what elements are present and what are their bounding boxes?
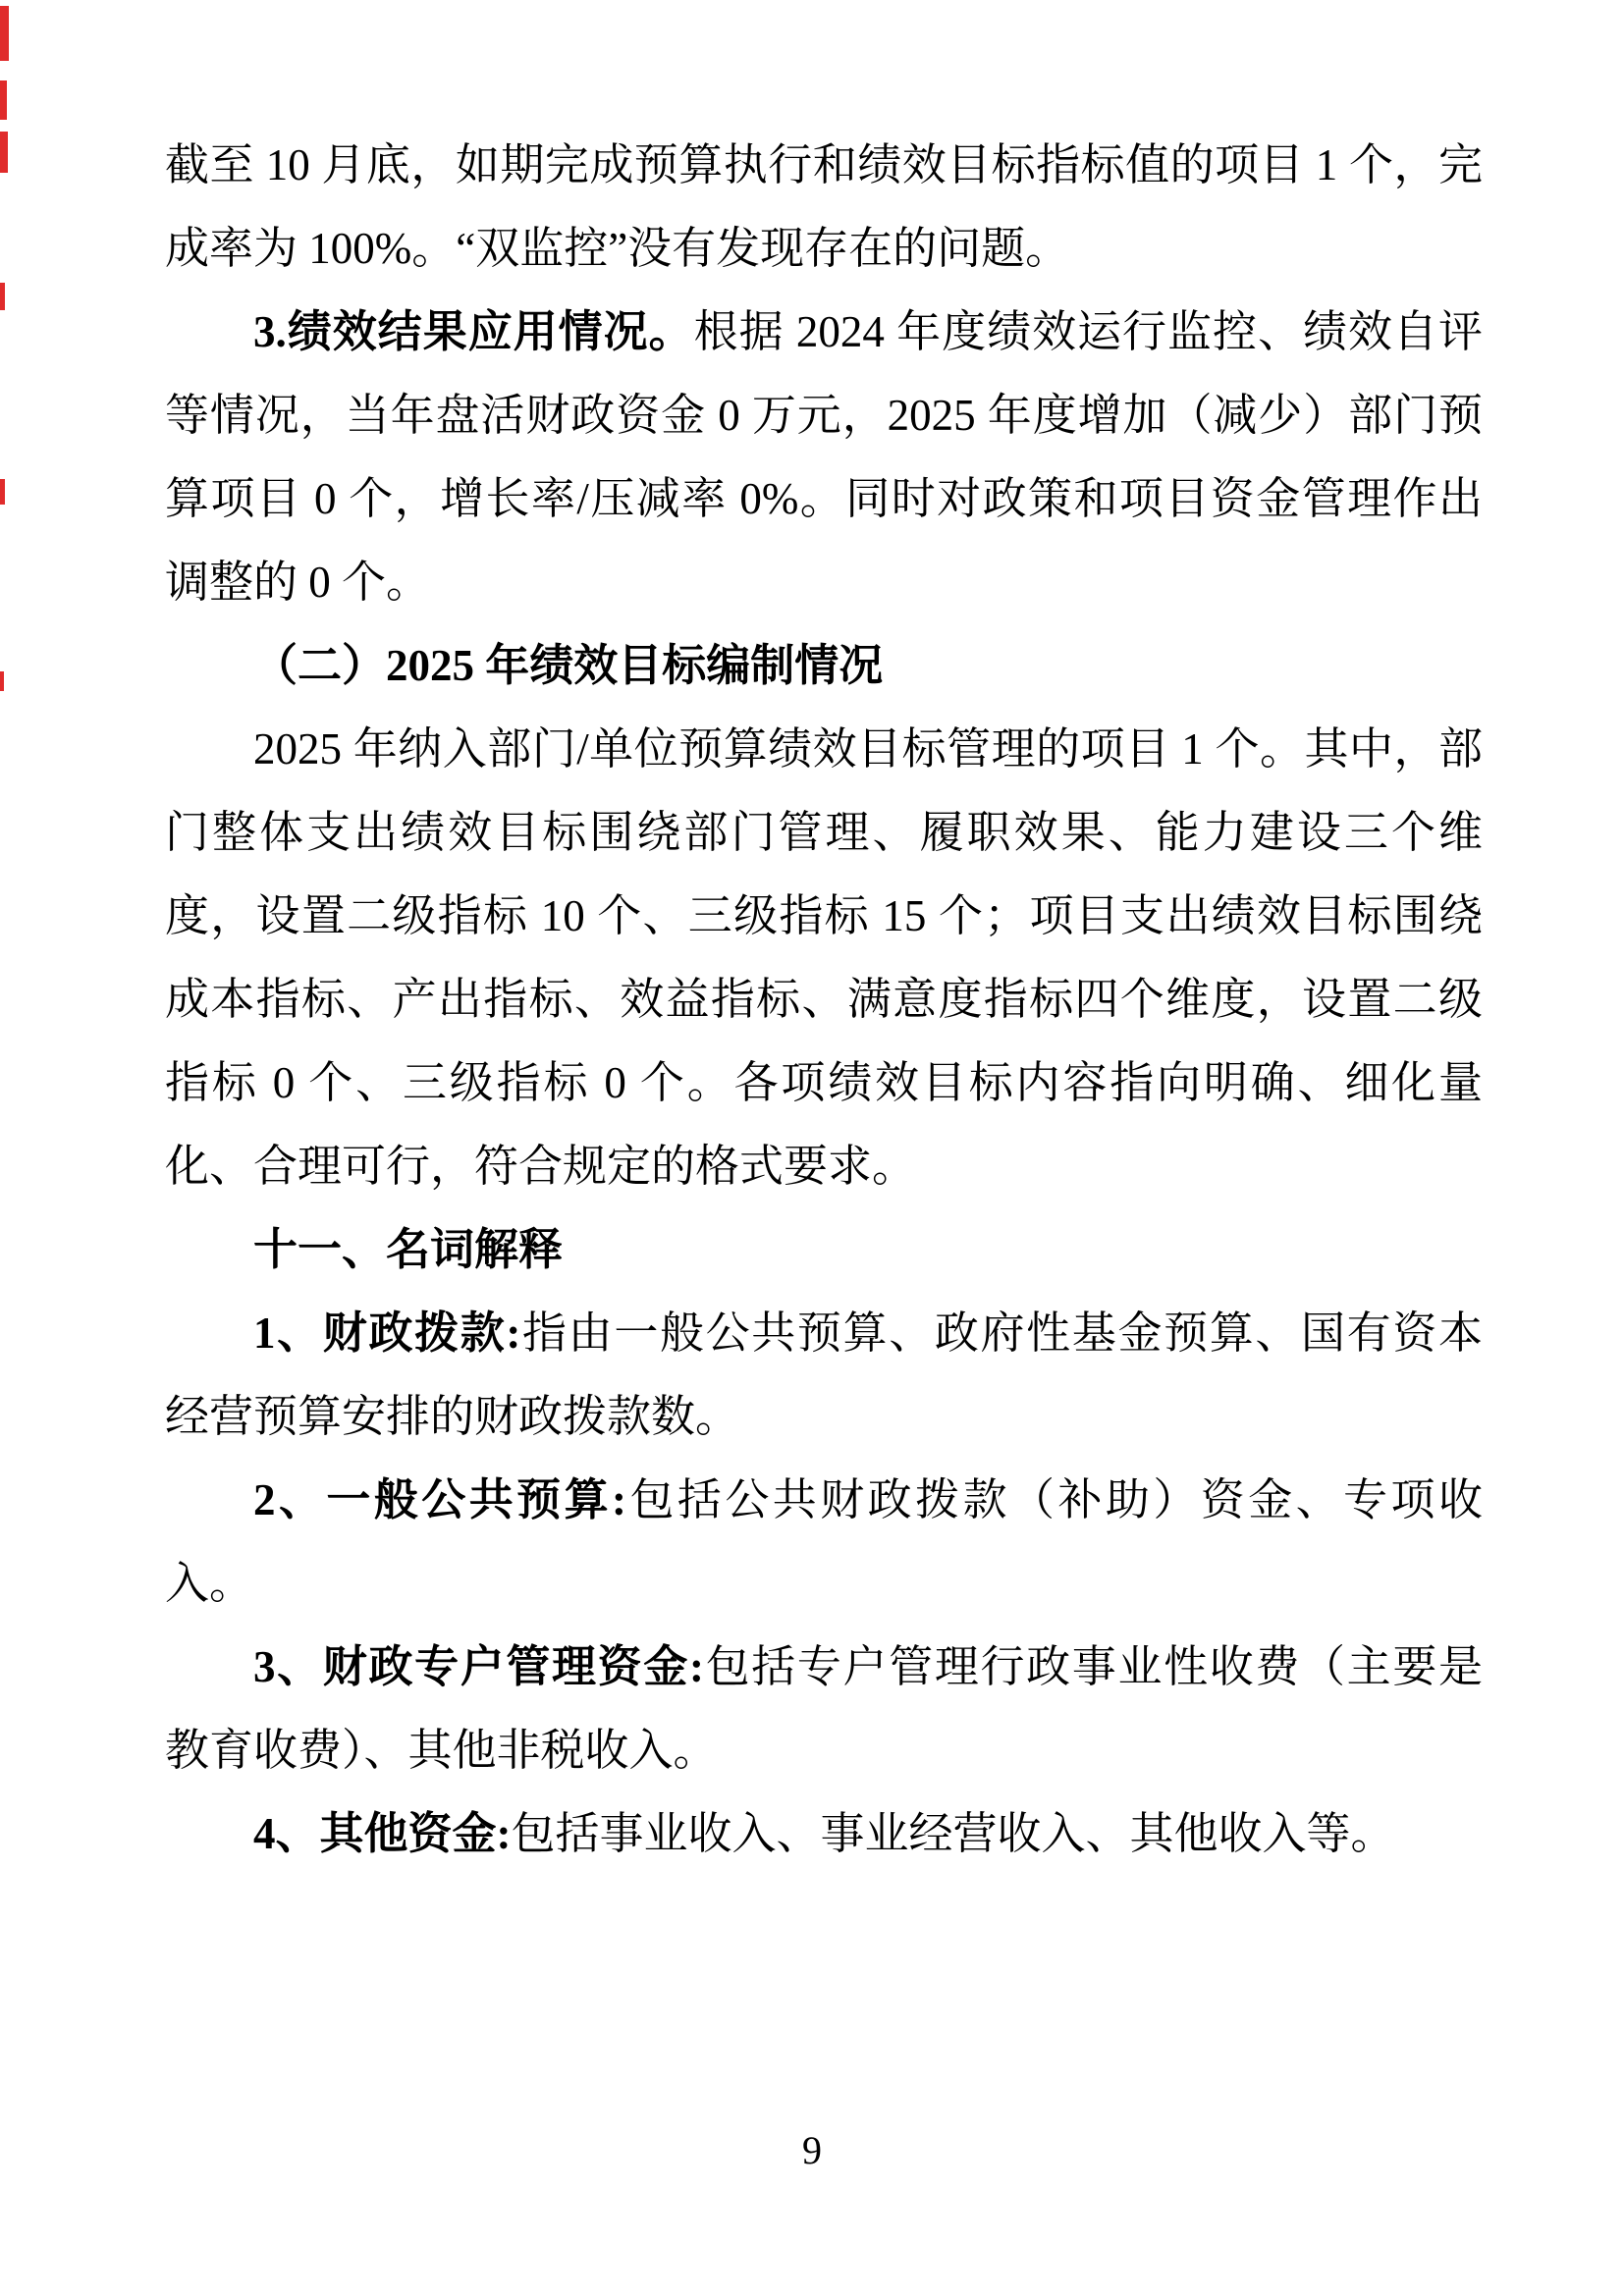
glossary-item-fiscal-appropriation: 1、财政拨款:指由一般公共预算、政府性基金预算、国有资本经营预算安排的财政拨款数… [165, 1292, 1483, 1459]
red-edge-artifact [0, 80, 7, 120]
glossary-definition: 包括事业收入、事业经营收入、其他收入等。 [512, 1809, 1395, 1858]
page-number: 9 [0, 2131, 1624, 2170]
section-heading-glossary: 十一、名词解释 [165, 1208, 1483, 1292]
glossary-item-general-public-budget: 2、一般公共预算:包括公共财政拨款（补助）资金、专项收入。 [165, 1459, 1483, 1626]
red-edge-artifact [0, 479, 5, 505]
red-edge-artifact [0, 132, 8, 173]
heading-text: 十一、名词解释 [253, 1225, 563, 1274]
red-edge-artifact [0, 6, 9, 61]
red-edge-artifact [0, 283, 5, 310]
glossary-item-other-funds: 4、其他资金:包括事业收入、事业经营收入、其他收入等。 [165, 1792, 1483, 1876]
glossary-term: 1、财政拨款: [253, 1308, 520, 1358]
glossary-item-special-account-funds: 3、财政专户管理资金:包括专户管理行政事业性收费（主要是教育收费）、其他非税收入… [165, 1626, 1483, 1792]
body-paragraph-target-details: 2025 年纳入部门/单位预算绩效目标管理的项目 1 个。其中，部门整体支出绩效… [165, 708, 1483, 1208]
paragraph-text: 2025 年纳入部门/单位预算绩效目标管理的项目 1 个。其中，部门整体支出绩效… [165, 724, 1483, 1191]
glossary-term: 3、财政专户管理资金: [253, 1642, 704, 1691]
section-heading-2025-targets: （二）2025 年绩效目标编制情况 [165, 624, 1483, 708]
paragraph-bold-prefix: 3.绩效结果应用情况。 [253, 307, 694, 356]
body-paragraph-continuation: 截至 10 月底，如期完成预算执行和绩效目标指标值的项目 1 个，完成率为 10… [165, 124, 1483, 291]
document-page: 截至 10 月底，如期完成预算执行和绩效目标指标值的项目 1 个，完成率为 10… [0, 0, 1624, 2296]
body-paragraph-results-application: 3.绩效结果应用情况。根据 2024 年度绩效运行监控、绩效自评等情况，当年盘活… [165, 291, 1483, 624]
glossary-term: 4、其他资金: [253, 1809, 512, 1858]
glossary-term: 2、一般公共预算: [253, 1475, 626, 1524]
document-body: 截至 10 月底，如期完成预算执行和绩效目标指标值的项目 1 个，完成率为 10… [165, 124, 1483, 1876]
paragraph-text: 截至 10 月底，如期完成预算执行和绩效目标指标值的项目 1 个，完成率为 10… [165, 140, 1483, 273]
heading-text: （二）2025 年绩效目标编制情况 [253, 641, 883, 690]
red-edge-artifact [0, 671, 4, 691]
